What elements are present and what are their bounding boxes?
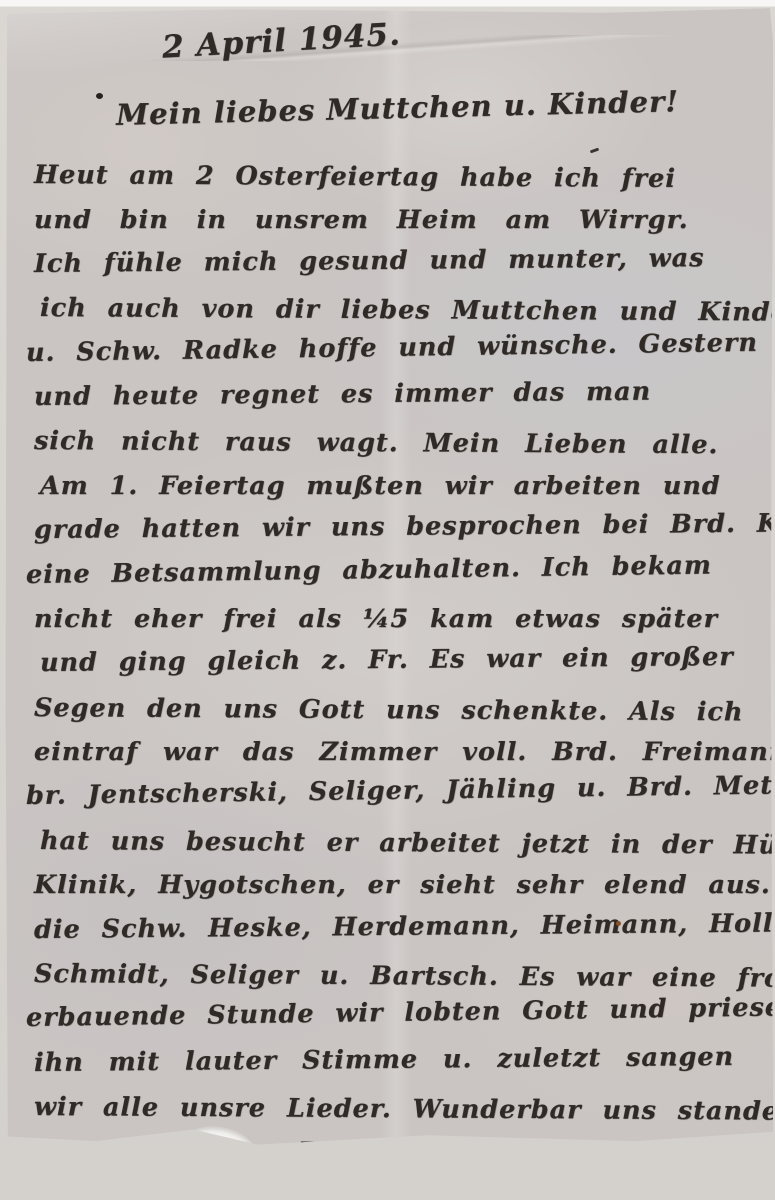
letter-line: und ging gleich z. Fr. Es war ein großer [40, 635, 763, 686]
letter-line: Am 1. Feiertag mußten wir arbeiten und [40, 464, 763, 508]
ink-speck [96, 93, 103, 99]
letter-line: die Tränen vor Freude das sich fast alle [34, 1130, 763, 1174]
dirt-speck [452, 1147, 456, 1151]
letter-line: Klinik, Hygotschen, er sieht sehr elend … [34, 863, 763, 907]
letter-line: hat uns besucht er arbeitet jetzt in der… [40, 819, 763, 868]
letter-line: ihn mit lauter Stimme u. zuletzt sangen [34, 1034, 763, 1085]
letter-line: und bin in unsrem Heim am Wirrgr. [34, 197, 763, 241]
letter-line: erbauende Stunde wir lobten Gott und pri… [26, 986, 764, 1041]
letter-line: Heut am 2 Osterfeiertag habe ich frei [34, 153, 763, 202]
scanned-letter: 2 April 1945. Mein liebes Muttchen u. Ki… [0, 0, 775, 1200]
letter-line: die Schw. Heske, Herdemann, Heimann, Hol… [34, 901, 763, 952]
letter-line: br. Jentscherski, Seliger, Jähling u. Br… [26, 764, 764, 819]
letter-body: Heut am 2 Osterfeiertag habe ich freiund… [34, 153, 763, 1174]
letter-line: sich nicht raus wagt. Mein Lieben alle. [34, 419, 763, 468]
letter-line: u. Schw. Radke hoffe und wünsche. Gester… [26, 320, 764, 375]
letter-line: Ich fühle mich gesund und munter, was [34, 235, 763, 286]
letter-line: Segen den uns Gott uns schenkte. Als ich [34, 686, 763, 735]
letter-line: wir alle unsre Lieder. Wunderbar uns sta… [34, 1085, 763, 1134]
dirt-speck [616, 921, 621, 926]
letter-paper: 2 April 1945. Mein liebes Muttchen u. Ki… [4, 7, 773, 1169]
letter-salutation: Mein liebes Muttchen u. Kinder! [116, 84, 680, 132]
letter-date: 2 April 1945. [161, 16, 401, 65]
letter-line: und heute regnet es immer das man [34, 369, 763, 420]
letter-line: nicht eher frei als ¼5 kam etwas später [34, 597, 763, 641]
